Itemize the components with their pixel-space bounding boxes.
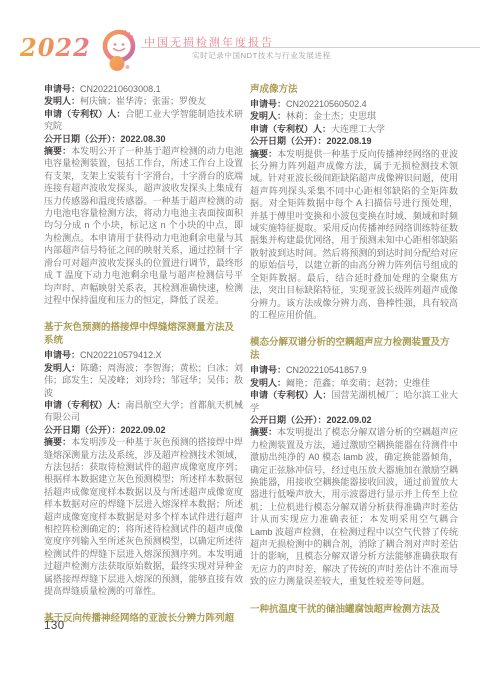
application-number-value: CN202210579412.X bbox=[80, 350, 162, 360]
publication-date-label: 公开日期（公开）： bbox=[250, 136, 327, 146]
publication-date-label: 公开日期（公开）： bbox=[44, 425, 121, 435]
applicant-label: 申请（专利权）人： bbox=[250, 390, 331, 400]
inventors-field: 发明人：陈璐；周海波；李智海；黄松；白冰；刘伟；邱发生；吴凌峰；刘玲玲；邹冠华；… bbox=[44, 362, 243, 399]
abstract-label: 摘要： bbox=[44, 437, 71, 447]
abstract-label: 摘要： bbox=[44, 146, 71, 156]
applicant-field: 申请（专利权）人：国营芜湖机械厂；哈尔滨工业大学 bbox=[250, 389, 458, 414]
inventors-label: 发明人： bbox=[44, 363, 80, 373]
publication-date-field: 公开日期（公开）：2022.08.19 bbox=[250, 135, 458, 147]
left-column: 申请号：CN202210603008.1 发明人：柯庆镝；崔华涛；张雷；罗俊友 … bbox=[44, 83, 243, 627]
publication-date-label: 公开日期（公开）： bbox=[44, 134, 121, 144]
inventors-field: 发明人：柯庆镝；崔华涛；张雷；罗俊友 bbox=[44, 95, 243, 107]
inventors-value: 柯庆镝；崔华涛；张雷；罗俊友 bbox=[80, 96, 206, 106]
application-number-value: CN202210560502.4 bbox=[286, 99, 367, 109]
patent-entry: 申请号：CN202210603008.1 发明人：柯庆镝；崔华涛；张雷；罗俊友 … bbox=[44, 83, 243, 306]
publication-date-value: 2022.09.02 bbox=[121, 425, 166, 435]
application-number-label: 申请号： bbox=[250, 365, 286, 375]
report-tagline: 实时记录中国NDT技术与行业发展进程 bbox=[192, 50, 331, 61]
applicant-label: 申请（专利权）人： bbox=[250, 124, 331, 134]
applicant-field: 申请（专利权）人：合肥工业大学智能制造技术研究院 bbox=[44, 108, 243, 133]
application-number-field: 申请号：CN202210579412.X bbox=[44, 349, 243, 361]
publication-date-label: 公开日期（公开）： bbox=[250, 415, 327, 425]
abstract-text: 本发明公开了一种基于超声检测的动力电池电容量检测装置，包括工作台，所述工作台上设… bbox=[44, 146, 243, 305]
inventors-label: 发明人： bbox=[250, 378, 286, 388]
abstract-text: 本发明提供一种基于反向传播神经网络的亚波长分辨力阵列超声成像方法，属于无损检测技… bbox=[250, 149, 458, 320]
application-number-field: 申请号：CN202210541857.9 bbox=[250, 364, 458, 376]
publication-date-value: 2022.08.19 bbox=[327, 136, 372, 146]
patent-title: 基于灰色预测的搭接焊中焊缝熔深测量方法及系统 bbox=[44, 321, 243, 347]
patent-abstract: 摘要：本发明公开了一种基于超声检测的动力电池电容量检测装置，包括工作台，所述工作… bbox=[44, 145, 243, 306]
inventors-value: 阚艳；范鑫；单奕萌；赵勃；史维佳 bbox=[286, 378, 430, 388]
patent-abstract: 摘要：本发明涉及一种基于灰色预测的搭接焊中焊缝熔深测量方法及系统，涉及超声检测技… bbox=[44, 436, 243, 597]
inventors-field: 发明人：阚艳；范鑫；单奕萌；赵勃；史维佳 bbox=[250, 377, 458, 389]
application-number-field: 申请号：CN202210560502.4 bbox=[250, 98, 458, 110]
inventors-field: 发明人：林莉；金士杰；史思琪 bbox=[250, 110, 458, 122]
patent-entry: 模态分解双谱分析的空耦超声应力检测装置及方法 申请号：CN20221054185… bbox=[250, 336, 458, 587]
application-number-label: 申请号： bbox=[250, 99, 286, 109]
publication-date-value: 2022.08.30 bbox=[121, 134, 166, 144]
inventors-label: 发明人： bbox=[44, 96, 80, 106]
application-number-value: CN202210603008.1 bbox=[80, 84, 161, 94]
publication-date-value: 2022.09.02 bbox=[327, 415, 372, 425]
applicant-field: 申请（专利权）人：南昌航空大学；首都航天机械有限公司 bbox=[44, 399, 243, 424]
next-patent-title-fragment: 一种抗温度干扰的储油罐腐蚀超声检测方法及 bbox=[250, 603, 458, 616]
abstract-text: 本发明提出了模态分解双谱分析的空耦超声应力检测装置及方法，通过激励空耦换能器在待… bbox=[250, 427, 458, 586]
page-number: 130 bbox=[44, 620, 65, 632]
patent-title: 模态分解双谱分析的空耦超声应力检测装置及方法 bbox=[250, 336, 458, 362]
right-column: 声成像方法 申请号：CN202210560502.4 发明人：林莉；金士杰；史思… bbox=[250, 83, 458, 618]
next-patent-title-fragment: 基于反向传播神经网络的亚波长分辨力阵列超 bbox=[44, 612, 243, 625]
inventors-value: 林莉；金士杰；史思琪 bbox=[286, 111, 376, 121]
publication-date-field: 公开日期（公开）：2022.09.02 bbox=[250, 414, 458, 426]
application-number-label: 申请号： bbox=[44, 84, 80, 94]
abstract-text: 本发明涉及一种基于灰色预测的搭接焊中焊缝熔深测量方法及系统，涉及超声检测技术领域… bbox=[44, 437, 243, 596]
application-number-label: 申请号： bbox=[44, 350, 80, 360]
report-logo-icon bbox=[98, 26, 142, 77]
patent-entry: 声成像方法 申请号：CN202210560502.4 发明人：林莉；金士杰；史思… bbox=[250, 83, 458, 321]
header-divider bbox=[141, 47, 480, 48]
inventors-label: 发明人： bbox=[250, 111, 286, 121]
applicant-field: 申请（专利权）人：大连理工大学 bbox=[250, 123, 458, 135]
applicant-value: 大连理工大学 bbox=[331, 124, 385, 134]
patent-title-continuation: 声成像方法 bbox=[250, 83, 458, 96]
publication-date-field: 公开日期（公开）：2022.09.02 bbox=[44, 424, 243, 436]
publication-date-field: 公开日期（公开）：2022.08.30 bbox=[44, 133, 243, 145]
patent-abstract: 摘要：本发明提出了模态分解双谱分析的空耦超声应力检测装置及方法，通过激励空耦换能… bbox=[250, 426, 458, 587]
application-number-value: CN202210541857.9 bbox=[286, 365, 367, 375]
abstract-label: 摘要： bbox=[250, 427, 277, 437]
abstract-label: 摘要： bbox=[250, 149, 277, 159]
report-year: 2022 bbox=[20, 33, 91, 62]
patent-entry: 基于灰色预测的搭接焊中焊缝熔深测量方法及系统 申请号：CN20221057941… bbox=[44, 321, 243, 597]
applicant-label: 申请（专利权）人： bbox=[44, 109, 125, 119]
patent-abstract: 摘要：本发明提供一种基于反向传播神经网络的亚波长分辨力阵列超声成像方法，属于无损… bbox=[250, 148, 458, 322]
application-number-field: 申请号：CN202210603008.1 bbox=[44, 83, 243, 95]
applicant-label: 申请（专利权）人： bbox=[44, 400, 125, 410]
